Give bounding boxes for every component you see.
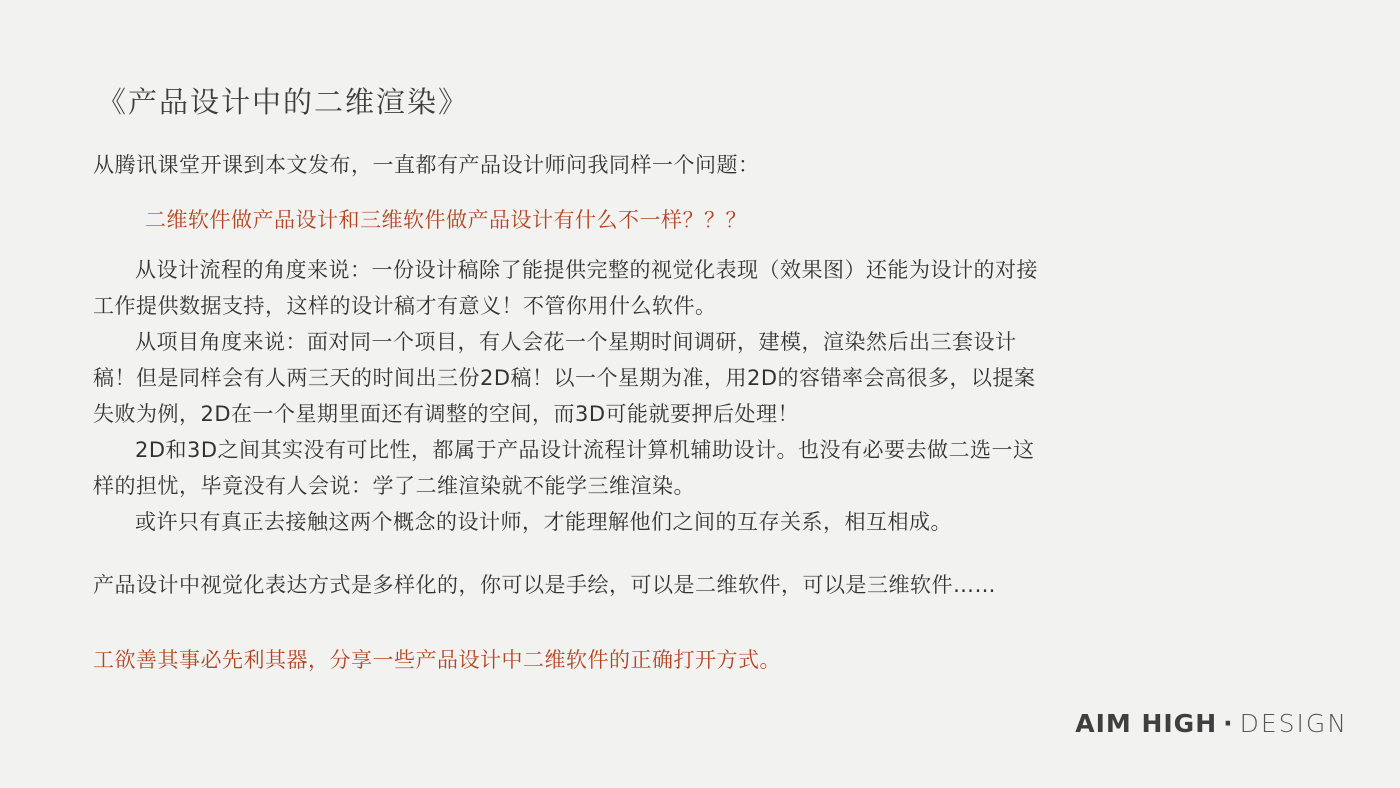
slide-page: 《产品设计中的二维渲染》 从腾讯课堂开课到本文发布，一直都有产品设计师问我同样一… xyxy=(0,0,1400,788)
highlight-question: 二维软件做产品设计和三维软件做产品设计有什么不一样？？？ xyxy=(145,202,747,238)
body-text-block: 从设计流程的角度来说：一份设计稿除了能提供完整的视觉化表现（效果图）还能为设计的… xyxy=(93,252,1045,540)
brand-primary-text: AIM HIGH xyxy=(1075,709,1217,738)
body-paragraph-project-angle: 从项目角度来说：面对同一个项目，有人会花一个星期时间调研，建模，渲染然后出三套设… xyxy=(93,324,1045,432)
highlight-closing: 工欲善其事必先利其器，分享一些产品设计中二维软件的正确打开方式。 xyxy=(93,642,781,678)
intro-paragraph: 从腾讯课堂开课到本文发布，一直都有产品设计师问我同样一个问题： xyxy=(93,147,760,183)
brand-logo: AIM HIGH · DESIGN xyxy=(1075,709,1348,738)
document-title: 《产品设计中的二维渲染》 xyxy=(97,80,469,121)
summary-paragraph: 产品设计中视觉化表达方式是多样化的，你可以是手绘，可以是二维软件，可以是三维软件… xyxy=(93,567,996,603)
body-paragraph-mutual-relation: 或许只有真正去接触这两个概念的设计师，才能理解他们之间的互存关系，相互相成。 xyxy=(93,504,1045,540)
body-paragraph-2d-vs-3d: 2D和3D之间其实没有可比性，都属于产品设计流程计算机辅助设计。也没有必要去做二… xyxy=(93,432,1045,504)
brand-separator-dot: · xyxy=(1223,709,1234,738)
brand-secondary-text: DESIGN xyxy=(1240,709,1348,738)
body-paragraph-design-process: 从设计流程的角度来说：一份设计稿除了能提供完整的视觉化表现（效果图）还能为设计的… xyxy=(93,252,1045,324)
